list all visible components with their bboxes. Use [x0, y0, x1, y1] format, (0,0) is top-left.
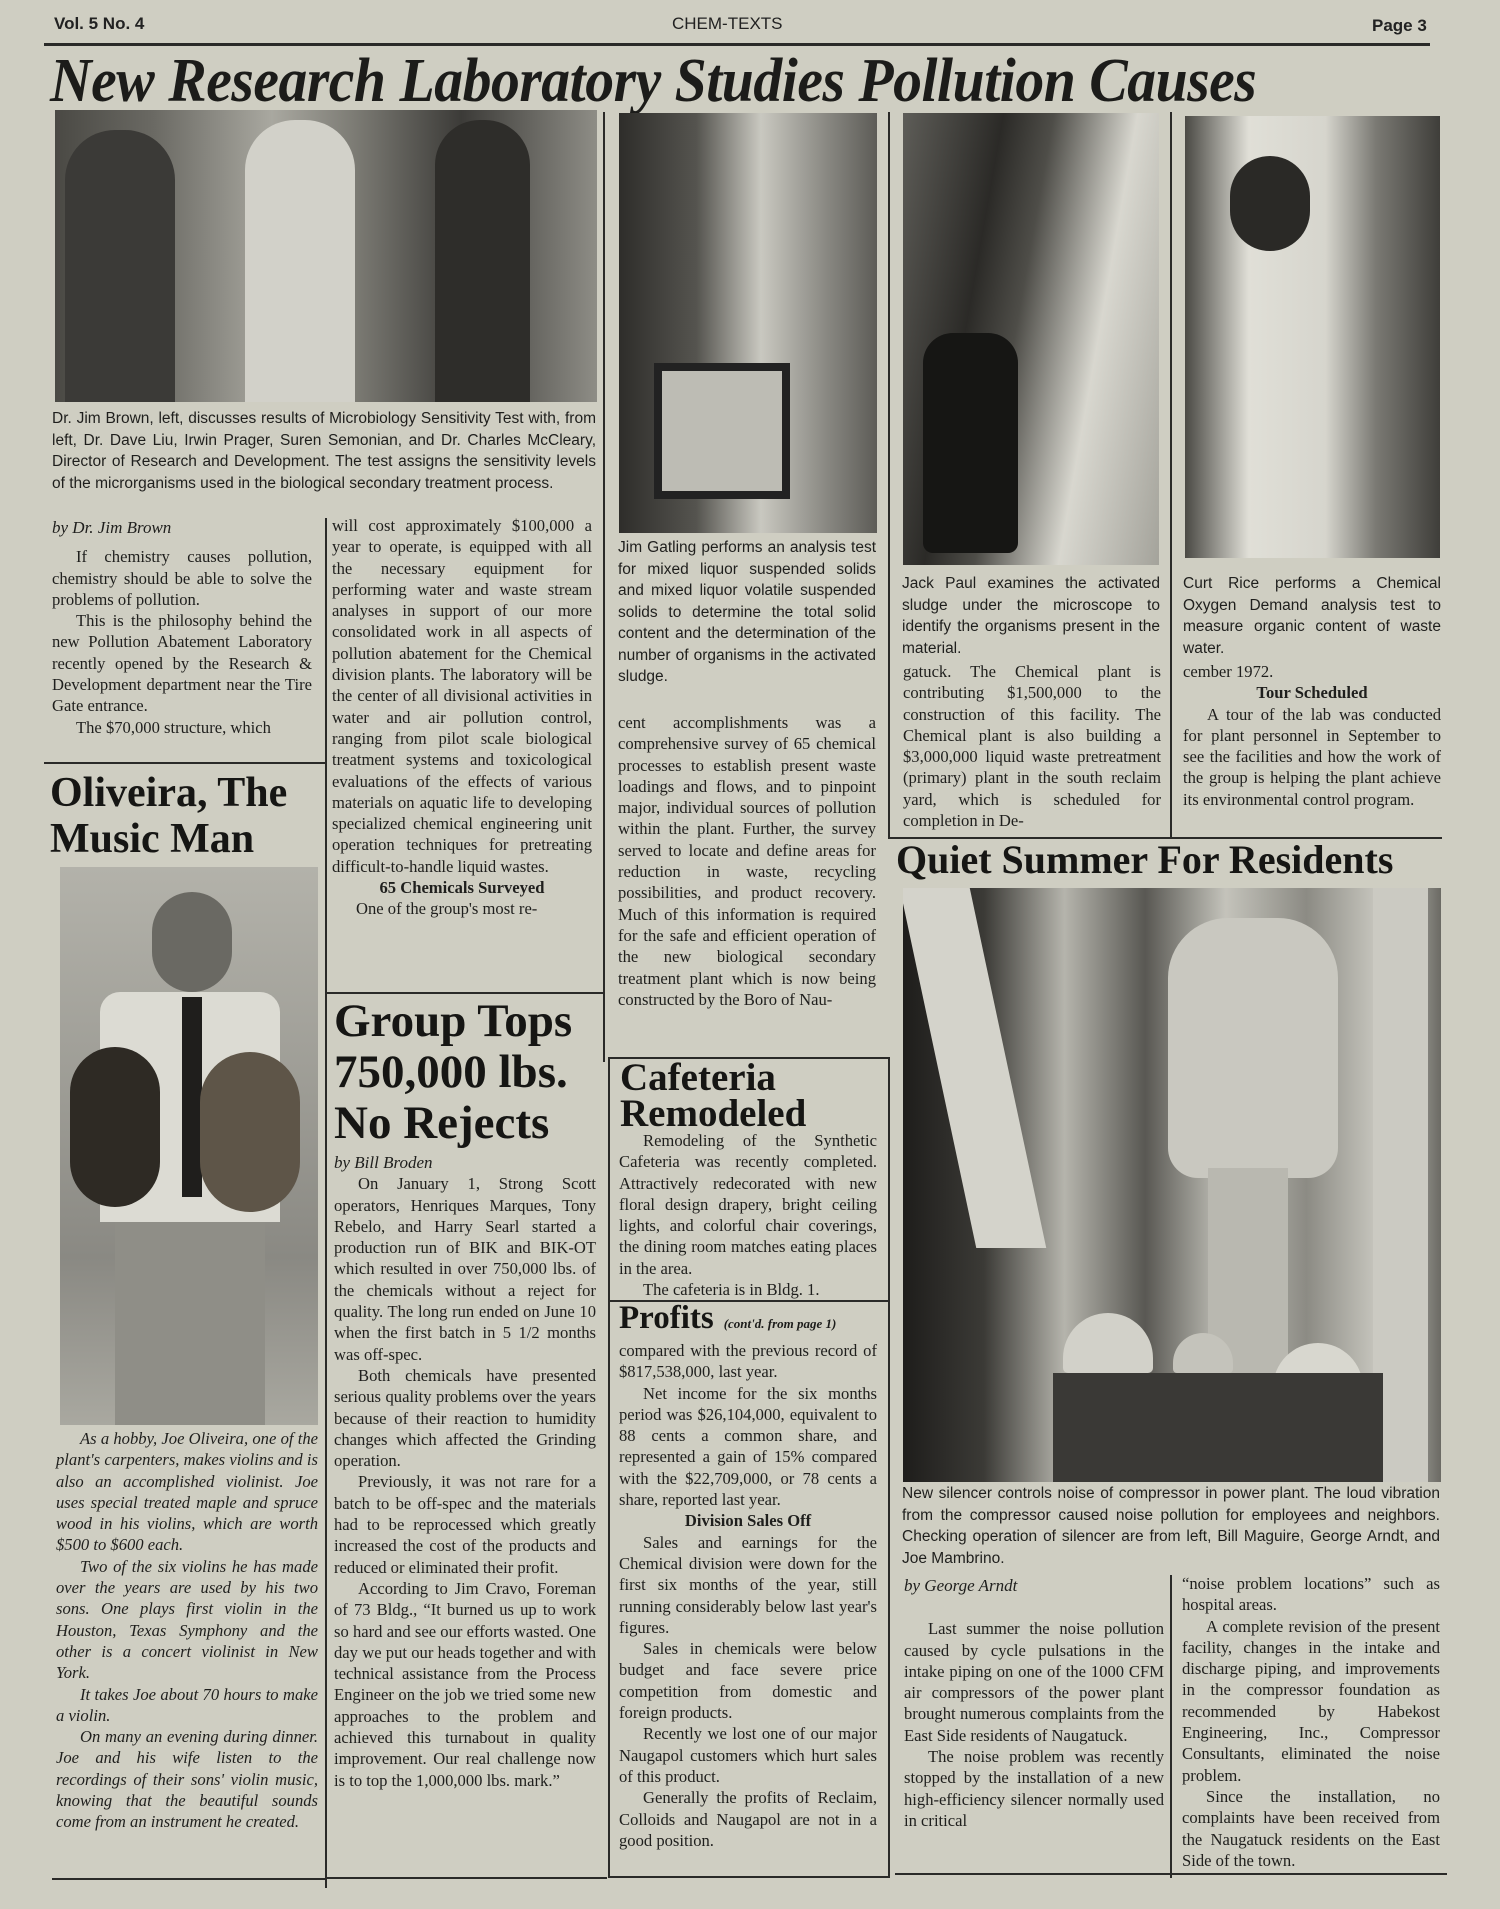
oliveira-paragraph: As a hobby, Joe Oliveira, one of the pla… — [56, 1428, 318, 1556]
quiet-summer-byline: by George Arndt — [904, 1575, 1164, 1596]
column-divider — [325, 518, 327, 1888]
volume-label: Vol. 5 No. 4 — [54, 14, 144, 34]
subhead-division-sales: Division Sales Off — [619, 1510, 877, 1531]
lead-col-3: cent accomplishments was a comprehensive… — [618, 712, 876, 1010]
group-tops-paragraph: On January 1, Strong Scott operators, He… — [334, 1173, 596, 1365]
oliveira-paragraph: It takes Joe about 70 hours to make a vi… — [56, 1684, 318, 1727]
profits-text: compared with the previous record of $81… — [619, 1340, 877, 1851]
workers — [1053, 1373, 1383, 1482]
oliveira-paragraph: Two of the six violins he has made over … — [56, 1556, 318, 1684]
jack-paul-photo — [903, 113, 1159, 565]
profits-headline: Profits — [619, 1300, 714, 1336]
lead-paragraph: A tour of the lab was conducted for plan… — [1183, 704, 1441, 810]
oliveira-headline-line1: Oliveira, The — [50, 770, 287, 816]
page-number: Page 3 — [1372, 16, 1427, 36]
cafeteria-text: Remodeling of the Synthetic Cafeteria wa… — [619, 1130, 877, 1300]
person-silhouette — [435, 120, 530, 402]
group-tops-byline: by Bill Broden — [334, 1152, 596, 1173]
column-divider — [888, 112, 890, 839]
subhead-tour-scheduled: Tour Scheduled — [1183, 682, 1441, 703]
column-divider — [1170, 1575, 1172, 1878]
person-silhouette — [245, 120, 355, 402]
oliveira-headline: Oliveira, The Music Man — [50, 770, 287, 862]
quiet-summer-paragraph: Since the installation, no complaints ha… — [1182, 1786, 1440, 1871]
profits-header: Profits (cont'd. from page 1) — [619, 1302, 836, 1335]
lead-col-2: will cost approximately $100,000 a year … — [332, 515, 592, 920]
curt-rice-caption: Curt Rice performs a Chemical Oxygen Dem… — [1183, 573, 1441, 659]
lead-paragraph: cember 1972. — [1183, 661, 1441, 682]
person-head — [1230, 156, 1310, 251]
hard-hat — [1063, 1313, 1153, 1373]
lead-headline: New Research Laboratory Studies Pollutio… — [50, 50, 1445, 112]
quiet-summer-paragraph: The noise problem was recently stopped b… — [904, 1746, 1164, 1831]
lead-paragraph: gatuck. The Chemical plant is contributi… — [903, 661, 1161, 831]
profits-paragraph: Generally the profits of Reclaim, Colloi… — [619, 1787, 877, 1851]
violin-left — [70, 1047, 160, 1207]
lead-paragraph: cent accomplishments was a comprehensive… — [618, 712, 876, 1010]
cafeteria-headline-line2: Remodeled — [620, 1096, 806, 1132]
compressor-silencer-caption: New silencer controls noise of compresso… — [902, 1483, 1440, 1569]
profits-paragraph: Sales and earnings for the Chemical divi… — [619, 1532, 877, 1638]
compressor-silencer-photo — [903, 888, 1441, 1482]
section-divider — [325, 992, 605, 994]
group-tops-headline: Group Tops 750,000 lbs. No Rejects — [334, 996, 572, 1149]
cafeteria-paragraph: Remodeling of the Synthetic Cafeteria wa… — [619, 1130, 877, 1279]
bottom-rule — [895, 1873, 1447, 1875]
oliveira-headline-line2: Music Man — [50, 816, 287, 862]
quiet-summer-paragraph: Last summer the noise pollution caused b… — [904, 1618, 1164, 1746]
quiet-summer-col-1: by George Arndt Last summer the noise po… — [904, 1575, 1164, 1831]
oliveira-paragraph: On many an evening during dinner. Joe an… — [56, 1726, 318, 1832]
profits-paragraph: Recently we lost one of our major Naugap… — [619, 1723, 877, 1787]
curt-rice-photo — [1185, 116, 1440, 558]
person-head — [152, 892, 232, 992]
lead-col-1: by Dr. Jim Brown If chemistry causes pol… — [52, 517, 312, 738]
group-discussion-caption: Dr. Jim Brown, left, discusses results o… — [52, 408, 596, 494]
jim-gatling-caption: Jim Gatling performs an analysis test fo… — [618, 537, 876, 688]
section-divider — [44, 762, 326, 764]
bottom-rule — [608, 1876, 890, 1878]
group-discussion-photo — [55, 110, 597, 402]
lead-col-4: gatuck. The Chemical plant is contributi… — [903, 661, 1161, 831]
group-tops-paragraph: Both chemicals have presented serious qu… — [334, 1365, 596, 1471]
microscope — [923, 333, 1018, 553]
profits-continuation: (cont'd. from page 1) — [724, 1316, 837, 1331]
group-tops-paragraph: According to Jim Cravo, Foreman of 73 Bl… — [334, 1578, 596, 1791]
lead-paragraph: If chemistry causes pollution, chemistry… — [52, 546, 312, 610]
cafeteria-paragraph: The cafeteria is in Bldg. 1. — [619, 1279, 877, 1300]
lead-paragraph: This is the philosophy behind the new Po… — [52, 610, 312, 716]
lead-paragraph: One of the group's most re- — [332, 898, 592, 919]
quiet-summer-paragraph: A complete revision of the present facil… — [1182, 1616, 1440, 1786]
lead-paragraph: The $70,000 structure, which — [52, 717, 312, 738]
publication-name: CHEM-TEXTS — [672, 14, 783, 34]
cafeteria-headline: Cafeteria Remodeled — [620, 1060, 806, 1132]
group-tops-text: by Bill Broden On January 1, Strong Scot… — [334, 1152, 596, 1791]
subhead-65-chemicals: 65 Chemicals Surveyed — [332, 877, 592, 898]
profits-paragraph: Net income for the six months period was… — [619, 1383, 877, 1511]
violin-right — [200, 1052, 300, 1212]
oven-door — [654, 363, 790, 499]
column-divider — [603, 112, 605, 1062]
jack-paul-caption: Jack Paul examines the activated sludge … — [902, 573, 1160, 659]
oliveira-text: As a hobby, Joe Oliveira, one of the pla… — [56, 1428, 318, 1833]
jim-gatling-photo — [619, 113, 877, 533]
profits-paragraph: Sales in chemicals were below budget and… — [619, 1638, 877, 1723]
lead-col-5: cember 1972. Tour Scheduled A tour of th… — [1183, 661, 1441, 810]
bottom-rule — [325, 1877, 607, 1879]
violins-photo — [60, 867, 318, 1425]
tie — [182, 997, 202, 1197]
cafeteria-headline-line1: Cafeteria — [620, 1060, 806, 1096]
masthead-rule — [44, 43, 1430, 46]
column-divider — [888, 1058, 890, 1878]
group-tops-paragraph: Previously, it was not rare for a batch … — [334, 1471, 596, 1577]
lead-byline: by Dr. Jim Brown — [52, 517, 312, 538]
group-tops-headline-line3: No Rejects — [334, 1098, 572, 1149]
pipe — [903, 888, 1046, 1248]
column-divider — [1170, 112, 1172, 839]
profits-paragraph: compared with the previous record of $81… — [619, 1340, 877, 1383]
column-divider — [608, 1058, 610, 1878]
silencer-tank — [1168, 918, 1338, 1178]
quiet-summer-paragraph: “noise problem locations” such as hospit… — [1182, 1573, 1440, 1616]
trousers — [115, 1222, 265, 1425]
group-tops-headline-line1: Group Tops — [334, 996, 572, 1047]
lead-paragraph: will cost approximately $100,000 a year … — [332, 515, 592, 877]
group-tops-headline-line2: 750,000 lbs. — [334, 1047, 572, 1098]
bottom-rule — [52, 1878, 326, 1880]
person-silhouette — [65, 130, 175, 402]
quiet-summer-headline: Quiet Summer For Residents — [896, 840, 1393, 880]
quiet-summer-col-2: “noise problem locations” such as hospit… — [1182, 1573, 1440, 1871]
